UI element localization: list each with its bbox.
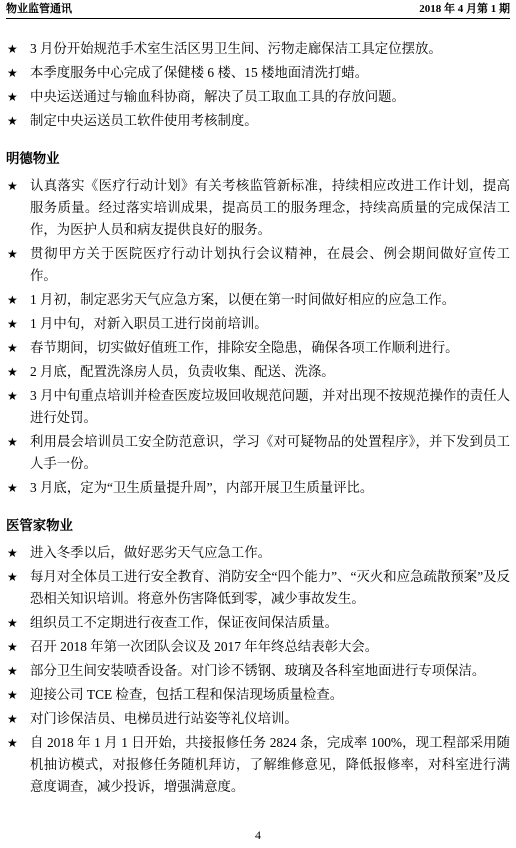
star-bullet-icon: ★ — [7, 542, 18, 564]
bullet-item-text: 利用晨会培训员工安全防范意识，学习《对可疑物品的处置程序》，并下发到员工人手一份… — [30, 434, 510, 471]
page-header: 物业监管通讯 2018 年 4 月第 1 期 — [6, 3, 510, 19]
bullet-item: ★迎接公司 TCE 检查，包括工程和保洁现场质量检查。 — [6, 684, 510, 706]
bullet-item-text: 召开 2018 年第一次团队会议及 2017 年年终总结表彰大会。 — [30, 639, 378, 654]
star-bullet-icon: ★ — [7, 385, 18, 407]
star-bullet-icon: ★ — [7, 708, 18, 730]
star-bullet-icon: ★ — [7, 289, 18, 311]
page-footer: 4 — [0, 828, 516, 843]
bullet-item: ★部分卫生间安装喷香设备。对门诊不锈钢、玻璃及各科室地面进行专项保洁。 — [6, 660, 510, 682]
star-bullet-icon: ★ — [7, 566, 18, 588]
bullet-item: ★召开 2018 年第一次团队会议及 2017 年年终总结表彰大会。 — [6, 636, 510, 658]
bullet-item: ★利用晨会培训员工安全防范意识，学习《对可疑物品的处置程序》，并下发到员工人手一… — [6, 431, 510, 475]
section-heading: 医管家物业 — [6, 515, 510, 537]
bullet-item-text: 对门诊保洁员、电梯员进行站姿等礼仪培训。 — [30, 711, 298, 726]
star-bullet-icon: ★ — [7, 684, 18, 706]
bullet-item-text: 3 月中旬重点培训并检查医废垃圾回收规范问题，并对出现不按规范操作的责任人进行处… — [30, 388, 510, 425]
bullet-item: ★2 月底，配置洗涤房人员，负责收集、配送、洗涤。 — [6, 361, 510, 383]
bullet-item-text: 中央运送通过与输血科协商，解决了员工取血工具的存放问题。 — [30, 89, 405, 104]
star-bullet-icon: ★ — [7, 175, 18, 197]
bullet-item-text: 贯彻甲方关于医院医疗行动计划执行会议精神，在晨会、例会期间做好宣传工作。 — [30, 246, 510, 283]
bullet-item: ★制定中央运送员工软件使用考核制度。 — [6, 110, 510, 132]
bullet-item-text: 1 月中旬，对新入职员工进行岗前培训。 — [30, 316, 268, 331]
document-page: 物业监管通讯 2018 年 4 月第 1 期 ★3 月份开始规范手术室生活区男卫… — [0, 0, 516, 848]
bullet-item: ★1 月初，制定恶劣天气应急方案，以便在第一时间做好相应的应急工作。 — [6, 289, 510, 311]
bullet-item-text: 3 月份开始规范手术室生活区男卫生间、污物走廊保洁工具定位摆放。 — [30, 41, 442, 56]
bullet-item-text: 制定中央运送员工软件使用考核制度。 — [30, 113, 258, 128]
bullet-item-text: 春节期间，切实做好值班工作，排除安全隐患，确保各项工作顺利进行。 — [30, 340, 459, 355]
star-bullet-icon: ★ — [7, 337, 18, 359]
star-bullet-icon: ★ — [7, 110, 18, 132]
bullet-item-text: 自 2018 年 1 月 1 日开始，共接报修任务 2824 条，完成率 100… — [30, 735, 510, 794]
bullet-item: ★认真落实《医疗行动计划》有关考核监管新标准，持续相应改进工作计划，提高服务质量… — [6, 175, 510, 241]
bullet-item-text: 3 月底，定为“卫生质量提升周”，内部开展卫生质量评比。 — [30, 480, 373, 495]
bullet-item-text: 每月对全体员工进行安全教育、消防安全“四个能力”、“灭火和应急疏散预案”及反恐相… — [30, 569, 510, 606]
bullet-item: ★贯彻甲方关于医院医疗行动计划执行会议精神，在晨会、例会期间做好宣传工作。 — [6, 243, 510, 287]
bullet-item-text: 认真落实《医疗行动计划》有关考核监管新标准，持续相应改进工作计划，提高服务质量。… — [30, 178, 510, 237]
star-bullet-icon: ★ — [7, 62, 18, 84]
newsletter-title: 物业监管通讯 — [6, 3, 72, 16]
bullet-item: ★自 2018 年 1 月 1 日开始，共接报修任务 2824 条，完成率 10… — [6, 732, 510, 798]
bullet-item: ★每月对全体员工进行安全教育、消防安全“四个能力”、“灭火和应急疏散预案”及反恐… — [6, 566, 510, 610]
bullet-item: ★3 月份开始规范手术室生活区男卫生间、污物走廊保洁工具定位摆放。 — [6, 38, 510, 60]
document-body: ★3 月份开始规范手术室生活区男卫生间、污物走廊保洁工具定位摆放。★本季度服务中… — [6, 19, 510, 798]
bullet-item: ★中央运送通过与输血科协商，解决了员工取血工具的存放问题。 — [6, 86, 510, 108]
bullet-item-text: 组织员工不定期进行夜查工作，保证夜间保洁质量。 — [30, 615, 338, 630]
bullet-item: ★对门诊保洁员、电梯员进行站姿等礼仪培训。 — [6, 708, 510, 730]
star-bullet-icon: ★ — [7, 38, 18, 60]
star-bullet-icon: ★ — [7, 313, 18, 335]
star-bullet-icon: ★ — [7, 86, 18, 108]
bullet-item-text: 部分卫生间安装喷香设备。对门诊不锈钢、玻璃及各科室地面进行专项保洁。 — [30, 663, 485, 678]
star-bullet-icon: ★ — [7, 660, 18, 682]
bullet-item-text: 1 月初，制定恶劣天气应急方案，以便在第一时间做好相应的应急工作。 — [30, 292, 455, 307]
bullet-item: ★3 月中旬重点培训并检查医废垃圾回收规范问题，并对出现不按规范操作的责任人进行… — [6, 385, 510, 429]
bullet-item: ★进入冬季以后，做好恶劣天气应急工作。 — [6, 542, 510, 564]
star-bullet-icon: ★ — [7, 477, 18, 499]
bullet-item: ★春节期间，切实做好值班工作，排除安全隐患，确保各项工作顺利进行。 — [6, 337, 510, 359]
bullet-item-text: 2 月底，配置洗涤房人员，负责收集、配送、洗涤。 — [30, 364, 335, 379]
bullet-item-text: 迎接公司 TCE 检查，包括工程和保洁现场质量检查。 — [30, 687, 343, 702]
bullet-item-text: 进入冬季以后，做好恶劣天气应急工作。 — [30, 545, 271, 560]
bullet-item: ★3 月底，定为“卫生质量提升周”，内部开展卫生质量评比。 — [6, 477, 510, 499]
star-bullet-icon: ★ — [7, 243, 18, 265]
star-bullet-icon: ★ — [7, 612, 18, 634]
star-bullet-icon: ★ — [7, 361, 18, 383]
issue-label: 2018 年 4 月第 1 期 — [419, 3, 510, 16]
star-bullet-icon: ★ — [7, 732, 18, 754]
bullet-item: ★1 月中旬，对新入职员工进行岗前培训。 — [6, 313, 510, 335]
section-heading: 明德物业 — [6, 148, 510, 170]
bullet-item: ★组织员工不定期进行夜查工作，保证夜间保洁质量。 — [6, 612, 510, 634]
star-bullet-icon: ★ — [7, 431, 18, 453]
page-number: 4 — [255, 828, 261, 842]
bullet-item-text: 本季度服务中心完成了保健楼 6 楼、15 楼地面清洗打蜡。 — [30, 65, 368, 80]
bullet-item: ★本季度服务中心完成了保健楼 6 楼、15 楼地面清洗打蜡。 — [6, 62, 510, 84]
star-bullet-icon: ★ — [7, 636, 18, 658]
